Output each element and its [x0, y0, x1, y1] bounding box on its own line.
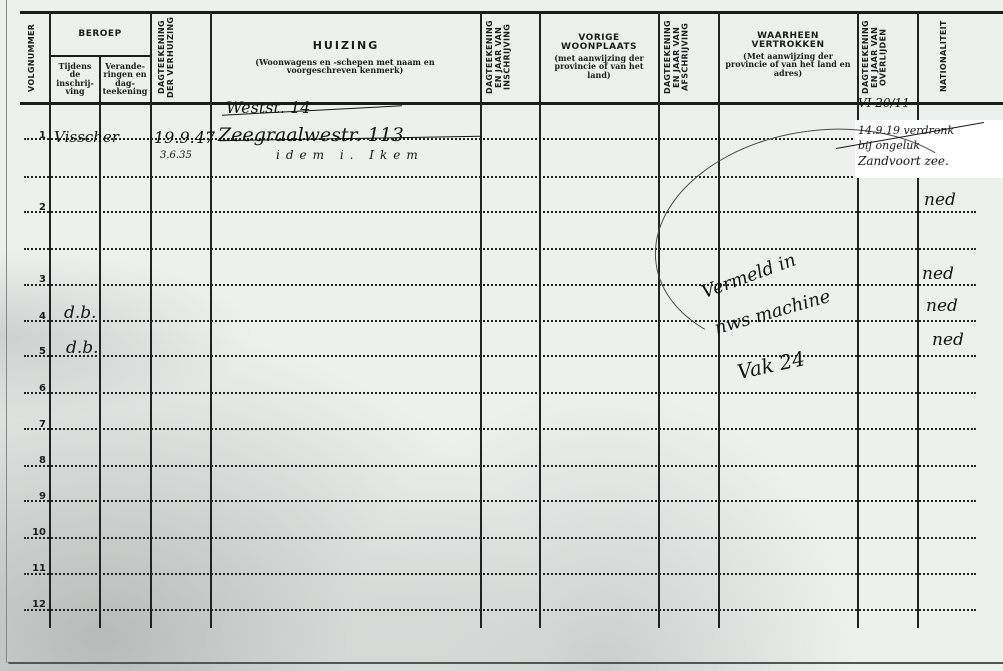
row-rule-9: [24, 500, 976, 502]
header-bottom-rule: [20, 102, 1003, 105]
header-dagteekening-afschrijving: DAGTEEKENING EN JAAR VAN AFSCHRIJVING: [664, 14, 712, 100]
register-page: VOLGNUMMER BEROEP Tijdens de inschrij-vi…: [0, 0, 1003, 671]
header-dagteekening-inschrijving: DAGTEEKENING EN JAAR VAN INSCHRIJVING: [486, 14, 534, 100]
row-number-8: 8: [30, 455, 46, 466]
row-number-10: 10: [30, 527, 46, 538]
row-number-12: 12: [30, 599, 46, 610]
overlijden-top: VI 20/11: [858, 96, 910, 110]
row-number-1: 1: [30, 130, 46, 141]
header-waarheen-sub: (Met aanwijzing der provincie of van het…: [724, 52, 852, 77]
header-vorige-woonplaats-sub: (met aanwijzing der provincie of van het…: [548, 54, 650, 79]
header-beroep-veranderingen: Verande-ringen en dag-teekening: [101, 62, 149, 96]
row-number-9: 9: [30, 491, 46, 502]
header-waarheen-vertrokken: WAARHEEN VERTROKKEN: [740, 32, 836, 51]
header-dagteekening-overlijden: DAGTEEKENING EN JAAR VAN OVERLIJDEN: [862, 14, 912, 100]
header-huizing-sub: (Woonwagens en -schepen met naam en voor…: [250, 58, 440, 75]
row1-beroep: Visscher: [54, 128, 119, 146]
row2-nationaliteit: ned: [924, 190, 956, 210]
row1-date-verhuizing: 19.9.47: [154, 128, 215, 147]
row1-huizing-note: idem i. Ikem: [276, 148, 424, 162]
row-number-11: 11: [30, 563, 46, 574]
row-rule-11: [24, 573, 976, 575]
row1-huizing: Zeegraalwestr. 113: [218, 124, 404, 146]
row-rule-8: [24, 465, 976, 467]
row-rule-6: [24, 392, 976, 394]
row5-beroep: d.b.: [66, 338, 99, 358]
row-number-3: 3: [30, 274, 46, 285]
vertrokken-note-3: Vak 24: [735, 346, 807, 384]
row-rule-12: [24, 609, 976, 611]
header-huizing: HUIZING: [212, 40, 480, 52]
page-left-edge: [6, 0, 7, 663]
row4-beroep: d.b.: [64, 303, 97, 323]
row5-nationaliteit: ned: [932, 330, 964, 350]
row3-nationaliteit: ned: [922, 264, 954, 284]
page-bottom-edge: [8, 662, 1003, 664]
row-number-5: 5: [30, 346, 46, 357]
row-rule-7: [24, 428, 976, 430]
header-beroep: BEROEP: [50, 30, 150, 39]
row-rule-5: [24, 355, 976, 357]
row-number-6: 6: [30, 383, 46, 394]
row1-date-secondary: 3.6.35: [160, 150, 192, 161]
row-rule-10: [24, 537, 976, 539]
overlijden-note-3: Zandvoort zee.: [858, 154, 949, 168]
header-nationaliteit: NATIONALITEIT: [940, 16, 954, 96]
row4-nationaliteit: ned: [926, 296, 958, 316]
header-beroep-tijdens: Tijdens de inschrij-ving: [52, 62, 98, 96]
header-vorige-woonplaats: VORIGE WOONPLAATS: [556, 34, 642, 53]
overlijden-note-2: bij ongeluk: [858, 139, 920, 152]
row-number-7: 7: [30, 419, 46, 430]
header-volgnummer: VOLGNUMMER: [28, 16, 42, 100]
row-number-4: 4: [30, 311, 46, 322]
header-dagteekening-verhuizing: DAGTEEKENING DER VERHUIZING: [158, 14, 204, 100]
row-number-2: 2: [30, 202, 46, 213]
